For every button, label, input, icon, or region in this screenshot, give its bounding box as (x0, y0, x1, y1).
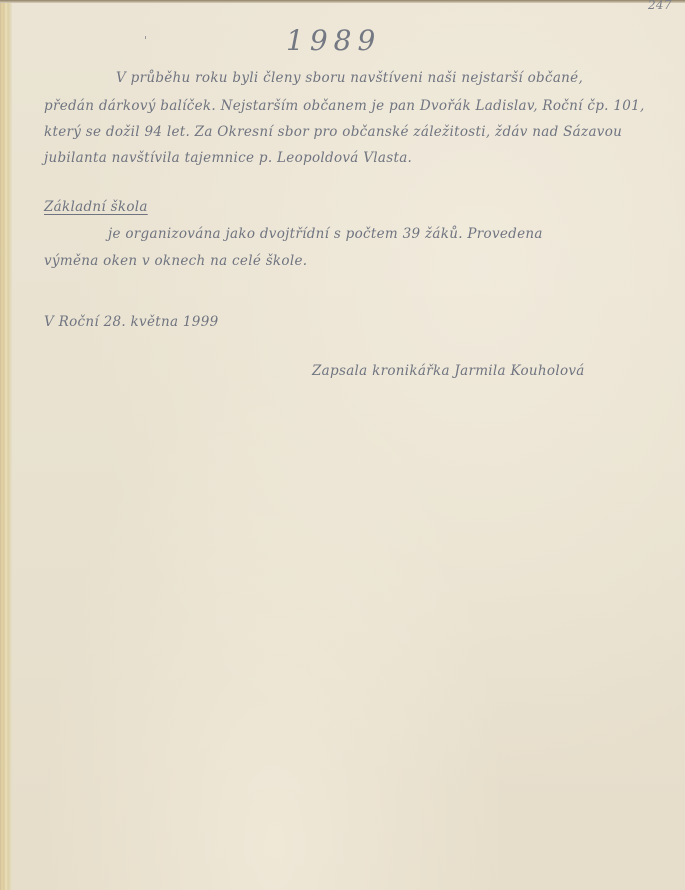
paragraph1-line3: který se dožil 94 let. Za Okresní sbor p… (44, 124, 622, 140)
place-date: V Roční 28. května 1999 (44, 314, 218, 330)
paragraph1-line4: jubilanta navštívila tajemnice p. Leopol… (44, 150, 412, 166)
year-heading: 1989 (286, 24, 381, 57)
paragraph2-line1: je organizována jako dvojtřídní s počtem… (108, 226, 543, 242)
page-binding-edge (0, 0, 12, 890)
page-top-edge (0, 0, 685, 3)
page-number: 247 (648, 0, 672, 12)
paragraph2-line2: výměna oken v oknech na celé škole. (44, 253, 307, 269)
chronicle-page: 247 ' 1989 V průběhu roku byli členy sbo… (0, 0, 685, 890)
signature: Zapsala kronikářka Jarmila Kouholová (312, 363, 585, 379)
margin-mark: ' (144, 34, 147, 47)
section-heading-school: Základní škola (44, 199, 148, 215)
paragraph1-line2: předán dárkový balíček. Nejstarším občan… (44, 98, 645, 114)
paragraph1-line1: V průběhu roku byli členy sboru navštíve… (116, 70, 583, 86)
